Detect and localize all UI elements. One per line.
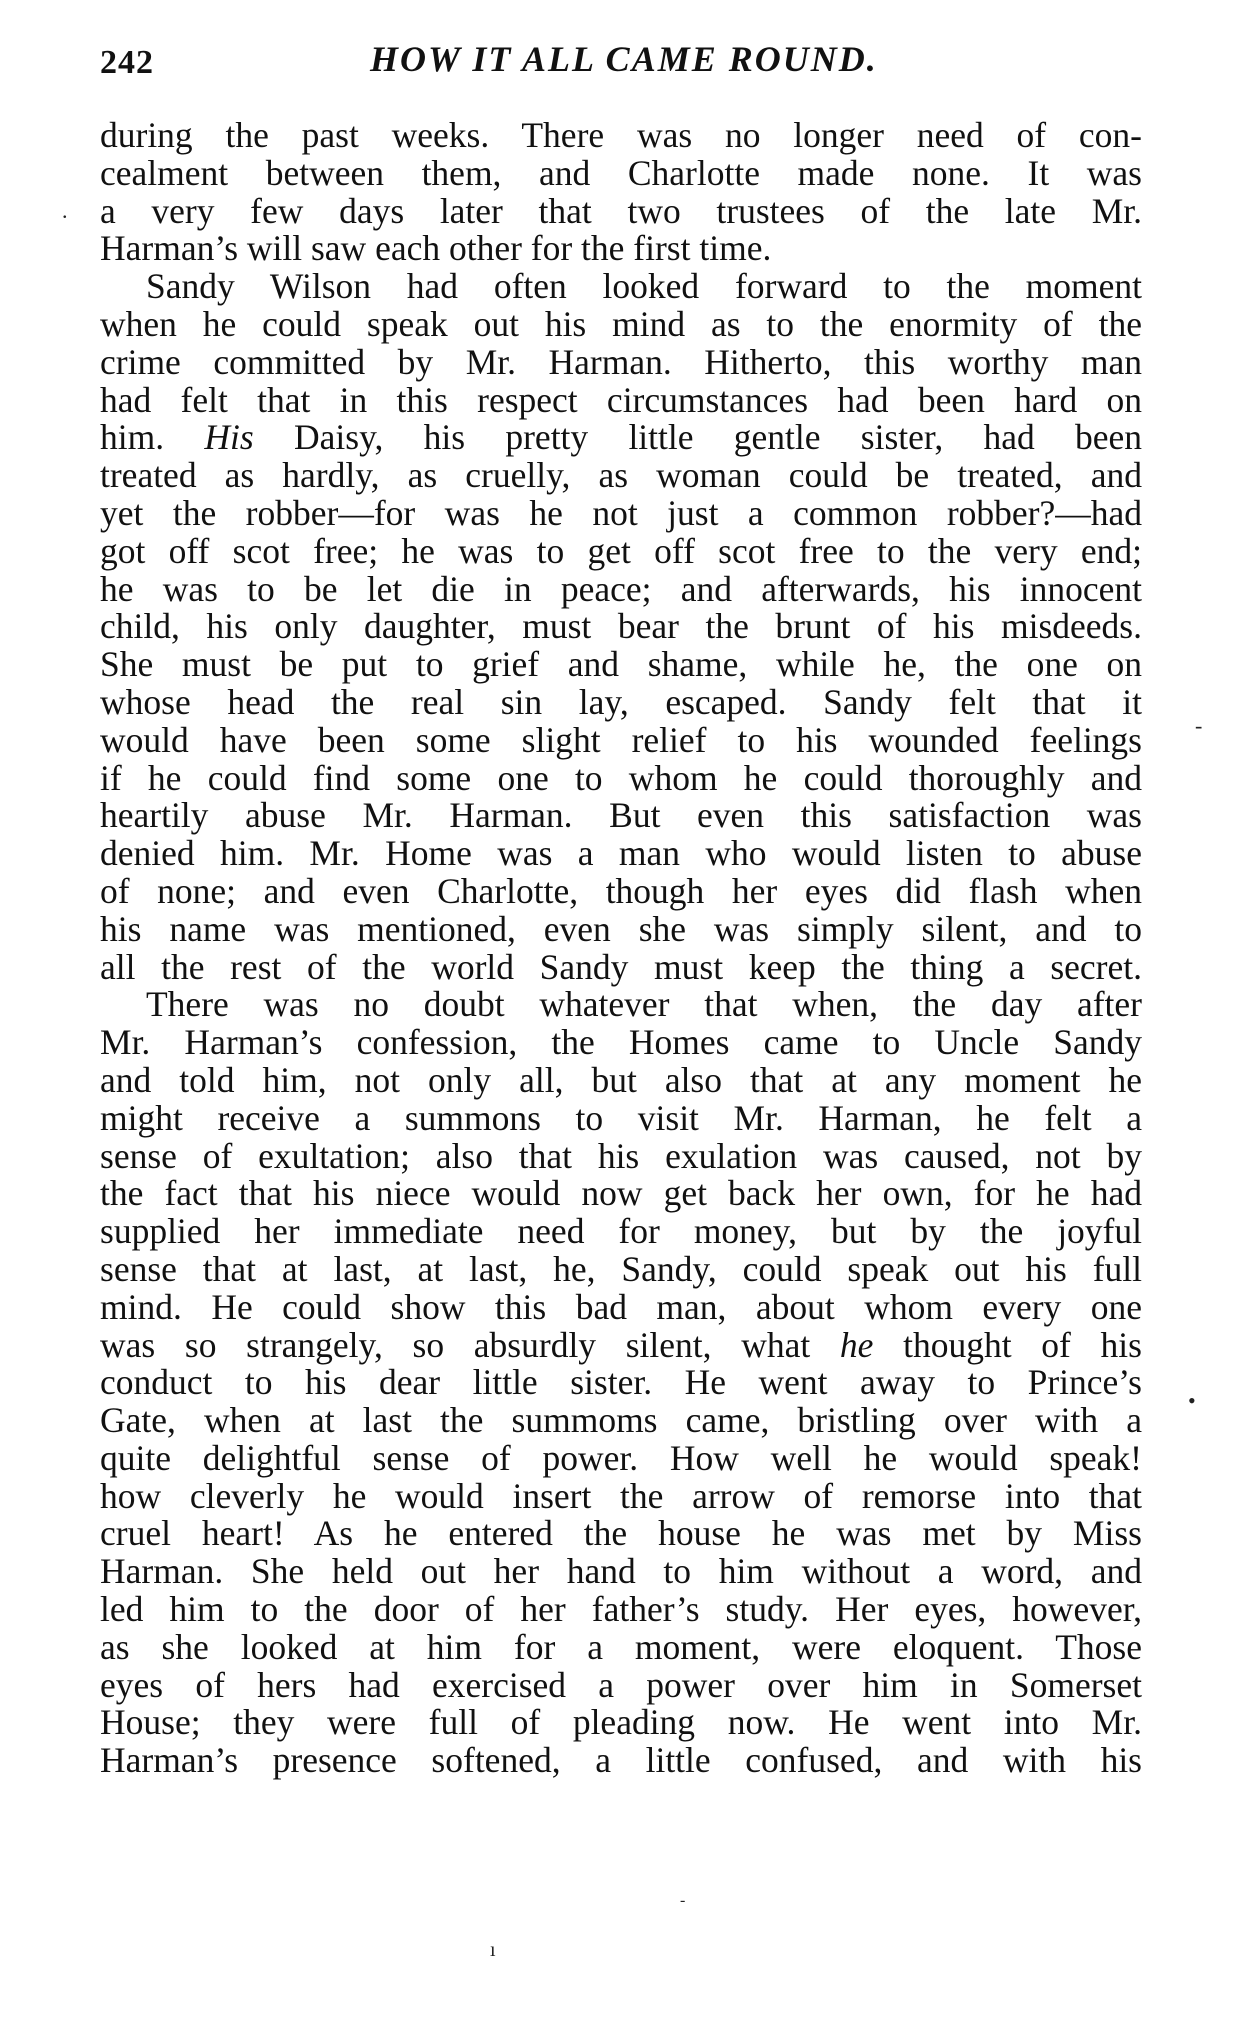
- text-fragment: thought of his: [873, 1325, 1142, 1365]
- scan-speck: ı: [490, 1940, 496, 1960]
- scan-speck: -: [1195, 715, 1202, 737]
- scan-speck: •: [1188, 1390, 1196, 1412]
- text-line: when he could speak out his mind as to t…: [100, 306, 1142, 344]
- text-line: crime committed by Mr. Harman. Hitherto,…: [100, 344, 1142, 382]
- italic-emphasis: he: [840, 1325, 874, 1365]
- text-line: might receive a summons to visit Mr. Har…: [100, 1100, 1142, 1138]
- text-line: all the rest of the world Sandy must kee…: [100, 949, 1142, 987]
- text-line: Gate, when at last the summoms came, bri…: [100, 1402, 1142, 1440]
- text-line: his name was mentioned, even she was sim…: [100, 911, 1142, 949]
- text-line: quite delightful sense of power. How wel…: [100, 1440, 1142, 1478]
- text-line: he was to be let die in peace; and after…: [100, 571, 1142, 609]
- text-line: if he could find some one to whom he cou…: [100, 760, 1142, 798]
- page-number: 242: [100, 44, 154, 82]
- italic-emphasis: His: [204, 417, 253, 457]
- text-line: yet the robber—for was he not just a com…: [100, 495, 1142, 533]
- body-text: during the past weeks. There was no long…: [100, 117, 1142, 1780]
- text-line: of none; and even Charlotte, though her …: [100, 873, 1142, 911]
- text-line: House; they were full of pleading now. H…: [100, 1704, 1142, 1742]
- text-line: child, his only daughter, must bear the …: [100, 608, 1142, 646]
- text-line: led him to the door of her father’s stud…: [100, 1591, 1142, 1629]
- text-line: heartily abuse Mr. Harman. But even this…: [100, 797, 1142, 835]
- paragraph-start-line: There was no doubt whatever that when, t…: [100, 986, 1142, 1024]
- book-page: 242 HOW IT ALL CAME ROUND. during the pa…: [0, 0, 1240, 2030]
- text-line: Mr. Harman’s confession, the Homes came …: [100, 1024, 1142, 1062]
- text-line: Harman. She held out her hand to him wit…: [100, 1553, 1142, 1591]
- text-line: during the past weeks. There was no long…: [100, 117, 1142, 155]
- running-title: HOW IT ALL CAME ROUND.: [370, 38, 878, 80]
- text-line: cruel heart! As he entered the house he …: [100, 1515, 1142, 1553]
- scan-speck: -: [680, 1893, 685, 1909]
- text-line: a very few days later that two trustees …: [100, 193, 1142, 231]
- text-line: supplied her immediate need for money, b…: [100, 1213, 1142, 1251]
- text-line: sense that at last, at last, he, Sandy, …: [100, 1251, 1142, 1289]
- text-line: sense of exultation; also that his exula…: [100, 1138, 1142, 1176]
- scan-speck: .: [62, 200, 68, 222]
- text-fragment: him.: [100, 417, 204, 457]
- text-line: Harman’s presence softened, a little con…: [100, 1742, 1142, 1780]
- paragraph-start-line: Sandy Wilson had often looked forward to…: [100, 268, 1142, 306]
- text-fragment: was so strangely, so absurdly silent, wh…: [100, 1325, 840, 1365]
- text-line: denied him. Mr. Home was a man who would…: [100, 835, 1142, 873]
- text-line: conduct to his dear little sister. He we…: [100, 1364, 1142, 1402]
- text-line: would have been some slight relief to hi…: [100, 722, 1142, 760]
- text-line: as she looked at him for a moment, were …: [100, 1629, 1142, 1667]
- text-line: him. His Daisy, his pretty little gentle…: [100, 419, 1142, 457]
- text-line: and told him, not only all, but also tha…: [100, 1062, 1142, 1100]
- text-line: was so strangely, so absurdly silent, wh…: [100, 1327, 1142, 1365]
- text-line: eyes of hers had exercised a power over …: [100, 1667, 1142, 1705]
- text-fragment: Daisy, his pretty little gentle sister, …: [254, 417, 1142, 457]
- text-line: whose head the real sin lay, escaped. Sa…: [100, 684, 1142, 722]
- text-line: how cleverly he would insert the arrow o…: [100, 1478, 1142, 1516]
- running-head: 242 HOW IT ALL CAME ROUND.: [100, 36, 1140, 86]
- text-line: treated as hardly, as cruelly, as woman …: [100, 457, 1142, 495]
- text-line: cealment between them, and Charlotte mad…: [100, 155, 1142, 193]
- text-line: got off scot free; he was to get off sco…: [100, 533, 1142, 571]
- text-line: had felt that in this respect circumstan…: [100, 382, 1142, 420]
- text-line: She must be put to grief and shame, whil…: [100, 646, 1142, 684]
- text-line: the fact that his niece would now get ba…: [100, 1175, 1142, 1213]
- text-line: mind. He could show this bad man, about …: [100, 1289, 1142, 1327]
- text-line: Harman’s will saw each other for the fir…: [100, 230, 1142, 268]
